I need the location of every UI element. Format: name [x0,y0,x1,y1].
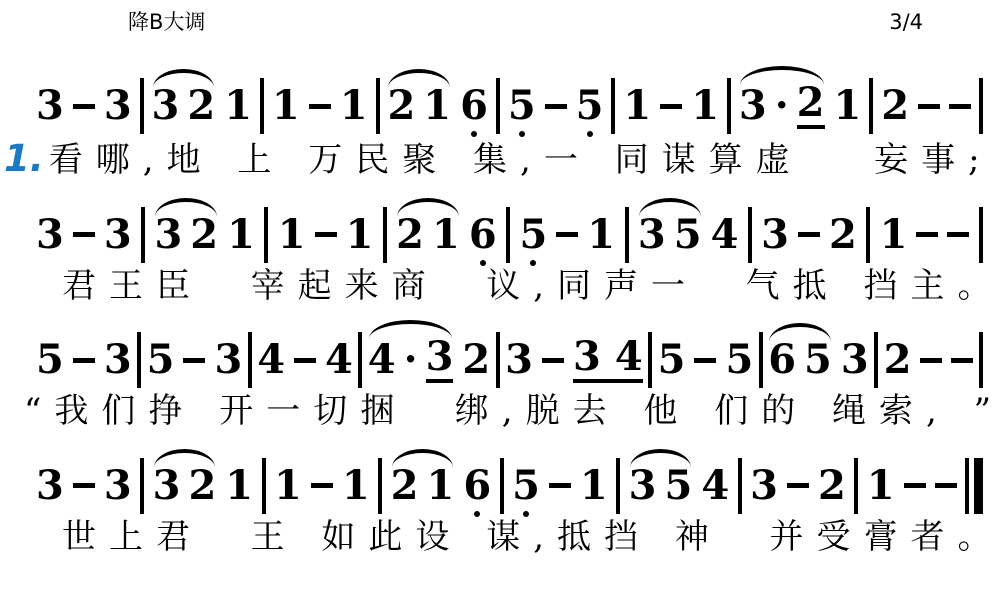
note: 1 [587,215,615,255]
note: 1 [834,86,862,126]
measure: 51 [512,466,608,506]
note: 2 [391,466,419,506]
barline [260,78,264,134]
measure: 1 [880,215,970,255]
measure: 216 [396,215,497,255]
duration-dash [949,104,971,109]
duration-dash [311,483,333,488]
tie-group: 35 [629,466,693,506]
note: 1 [274,466,302,506]
measure: 32 [761,215,857,255]
note: 5 [519,215,547,255]
note: 2 [462,340,490,380]
note: 3 [104,86,132,126]
measure: 4·32 [368,337,490,383]
tie-group: 32 [152,86,216,126]
note: 1 [426,466,454,506]
note: 1 [880,215,908,255]
barline [979,78,983,134]
barline [383,207,387,263]
measure: 321 [152,86,253,126]
measure: 51 [519,215,615,255]
barline [738,458,742,514]
note: 3 [739,86,767,126]
note: 3 [36,466,64,506]
note: 1 [691,86,719,126]
barline [625,207,629,263]
duration-dash [947,232,969,237]
note: 6 [463,466,491,506]
note: 1 [342,466,370,506]
note: 5 [804,340,832,380]
lyrics-line: “我们挣 开一切捆 绑,脱去 他 们的 绳索, ” [0,392,997,431]
tie-group: 21 [387,86,451,126]
note: 5 [665,466,693,506]
barline [376,78,380,134]
barline [358,332,362,388]
measure: 321 [153,466,254,506]
note: 5 [147,340,175,380]
barline [137,332,141,388]
measure: 334 [505,337,643,383]
note: 3 [214,340,242,380]
barline [140,458,144,514]
barline [854,458,858,514]
duration-dash [556,232,578,237]
note: 2 [188,466,216,506]
note: 1 [423,86,451,126]
note: 3 [841,340,869,380]
barline [648,332,652,388]
duration-dash [294,358,316,363]
note: 6 [469,215,497,255]
barline [378,458,382,514]
measure: 2 [881,86,971,126]
notation-line: 333211121655113·212 [0,64,997,134]
tie-group: 4·3 [368,337,454,383]
duration-dash [309,104,331,109]
lyrics-line: 君王臣 宰起来商 议,同声一 气抵 挡主。 [0,267,997,306]
measure: 216 [391,466,492,506]
tie-group: 3·2 [739,83,825,129]
measure: 354 [638,215,739,255]
measure: 32 [750,466,846,506]
measure: 33 [36,215,132,255]
duration-dash [549,483,571,488]
barline [611,78,615,134]
note: 3 [36,86,64,126]
lyrics-text: 君王臣 宰起来商 议,同声一 气抵 挡主。 [62,266,997,306]
note: 1 [580,466,608,506]
system-4: 333211121651354321世上君 王 如此设 谋,抵挡 神 并受膏者。 [0,444,997,557]
barline [616,458,620,514]
tie-group: 21 [396,215,460,255]
duration-dash [315,232,337,237]
barline-thick [974,458,983,514]
note: 5 [512,466,540,506]
note: 3 [629,466,657,506]
note: 1 [272,86,300,126]
duration-dash [660,104,682,109]
measure: 653 [768,340,869,380]
note: 3 [638,215,666,255]
beam-group: 34 [573,337,643,383]
verse-number: 1. [4,137,44,180]
augmentation-dot: · [404,340,418,380]
note: 2 [797,83,825,129]
duration-dash [920,358,942,363]
measure: 53 [147,340,243,380]
note: 2 [190,215,218,255]
tie-group: 65 [768,340,832,380]
key-signature-label: 降B大调 [128,10,205,35]
measure: 33 [36,86,132,126]
measure: 11 [623,86,719,126]
barline [979,332,983,388]
barline [979,207,983,263]
duration-dash [73,104,95,109]
note: 3 [573,337,601,377]
note: 4 [615,337,643,377]
note: 1 [278,215,306,255]
lyrics-line: 1.看哪,地 上 万民聚 集,一 同谋算虚 妄事; [0,138,997,181]
barline [248,332,252,388]
note: 1 [227,215,255,255]
note: 3 [152,86,180,126]
barline [869,78,873,134]
duration-dash [183,358,205,363]
note: 3 [104,466,132,506]
barline [264,207,268,263]
note: 2 [818,466,846,506]
note: 2 [387,86,415,126]
barline [748,207,752,263]
barline [506,207,510,263]
note: 1 [623,86,651,126]
page-indicator: 3/4 [889,10,923,35]
note: 5 [508,86,536,126]
barline [262,458,266,514]
system-1: 333211121655113·2121.看哪,地 上 万民聚 集,一 同谋算虚… [0,64,997,181]
duration-dash [904,483,926,488]
note: 5 [674,215,702,255]
lyrics-line: 世上君 王 如此设 谋,抵挡 神 并受膏者。 [0,518,997,557]
notation-line: 333211121651354321 [0,193,997,263]
note: 3 [750,466,778,506]
score-sheet: 333211121655113·2121.看哪,地 上 万民聚 集,一 同谋算虚… [0,64,997,557]
note: 1 [225,466,253,506]
note: 2 [829,215,857,255]
barline [874,332,878,388]
duration-dash [73,232,95,237]
note: 1 [340,86,368,126]
note: 3 [104,340,132,380]
note: 4 [711,215,739,255]
lyrics-text: 看哪,地 上 万民聚 集,一 同谋算虚 妄事; [49,140,993,180]
measure: 354 [629,466,730,506]
duration-dash [787,483,809,488]
duration-dash [798,232,820,237]
barline [759,332,763,388]
measure: 11 [272,86,368,126]
barline [866,207,870,263]
note: 1 [867,466,895,506]
note: 3 [153,466,181,506]
measure: 1 [867,466,957,506]
duration-dash [73,483,95,488]
page-header: 降B大调 3/4 [0,0,997,44]
duration-dash [542,358,564,363]
note: 2 [396,215,424,255]
note: 1 [432,215,460,255]
measure: 321 [154,215,255,255]
measure: 55 [508,86,604,126]
barline [140,78,144,134]
barline [496,332,500,388]
note: 4 [257,340,285,380]
barline [727,78,731,134]
note: 3 [36,215,64,255]
note: 2 [884,340,912,380]
note: 3 [505,340,533,380]
note: 3 [154,215,182,255]
measure: 11 [278,215,374,255]
duration-dash [951,358,973,363]
lyrics-text: “我们挣 开一切捆 绑,脱去 他 们的 绳索, ” [24,391,997,431]
measure: 33 [36,466,132,506]
tie-group: 21 [391,466,455,506]
final-barline [965,458,983,514]
system-3: 5353444·32334556532“我们挣 开一切捆 绑,脱去 他 们的 绳… [0,318,997,431]
measure: 53 [36,340,132,380]
note: 3 [426,337,454,383]
note: 5 [576,86,604,126]
barline [141,207,145,263]
measure: 216 [387,86,488,126]
lyrics-text: 世上君 王 如此设 谋,抵挡 神 并受膏者。 [62,517,997,557]
measure: 3·21 [739,83,861,129]
measure: 2 [884,340,974,380]
note: 4 [325,340,353,380]
note: 4 [368,340,396,380]
duration-dash [73,358,95,363]
note: 2 [187,86,215,126]
note: 5 [658,340,686,380]
notation-line: 333211121651354321 [0,444,997,514]
note: 4 [701,466,729,506]
note: 5 [36,340,64,380]
duration-dash [918,104,940,109]
notation-line: 5353444·32334556532 [0,318,997,388]
barline [500,458,504,514]
note: 6 [768,340,796,380]
augmentation-dot: · [775,86,789,126]
duration-dash [935,483,957,488]
measure: 11 [274,466,370,506]
duration-dash [694,358,716,363]
system-2: 333211121651354321君王臣 宰起来商 议,同声一 气抵 挡主。 [0,193,997,306]
note: 5 [725,340,753,380]
tie-group: 35 [638,215,702,255]
barline [496,78,500,134]
note: 3 [761,215,789,255]
note: 3 [104,215,132,255]
measure: 55 [658,340,754,380]
duration-dash [545,104,567,109]
tie-group: 32 [154,215,218,255]
duration-dash [916,232,938,237]
measure: 44 [257,340,353,380]
note: 2 [881,86,909,126]
tie-group: 32 [153,466,217,506]
note: 1 [346,215,374,255]
note: 1 [224,86,252,126]
note: 6 [460,86,488,126]
barline [965,458,969,514]
